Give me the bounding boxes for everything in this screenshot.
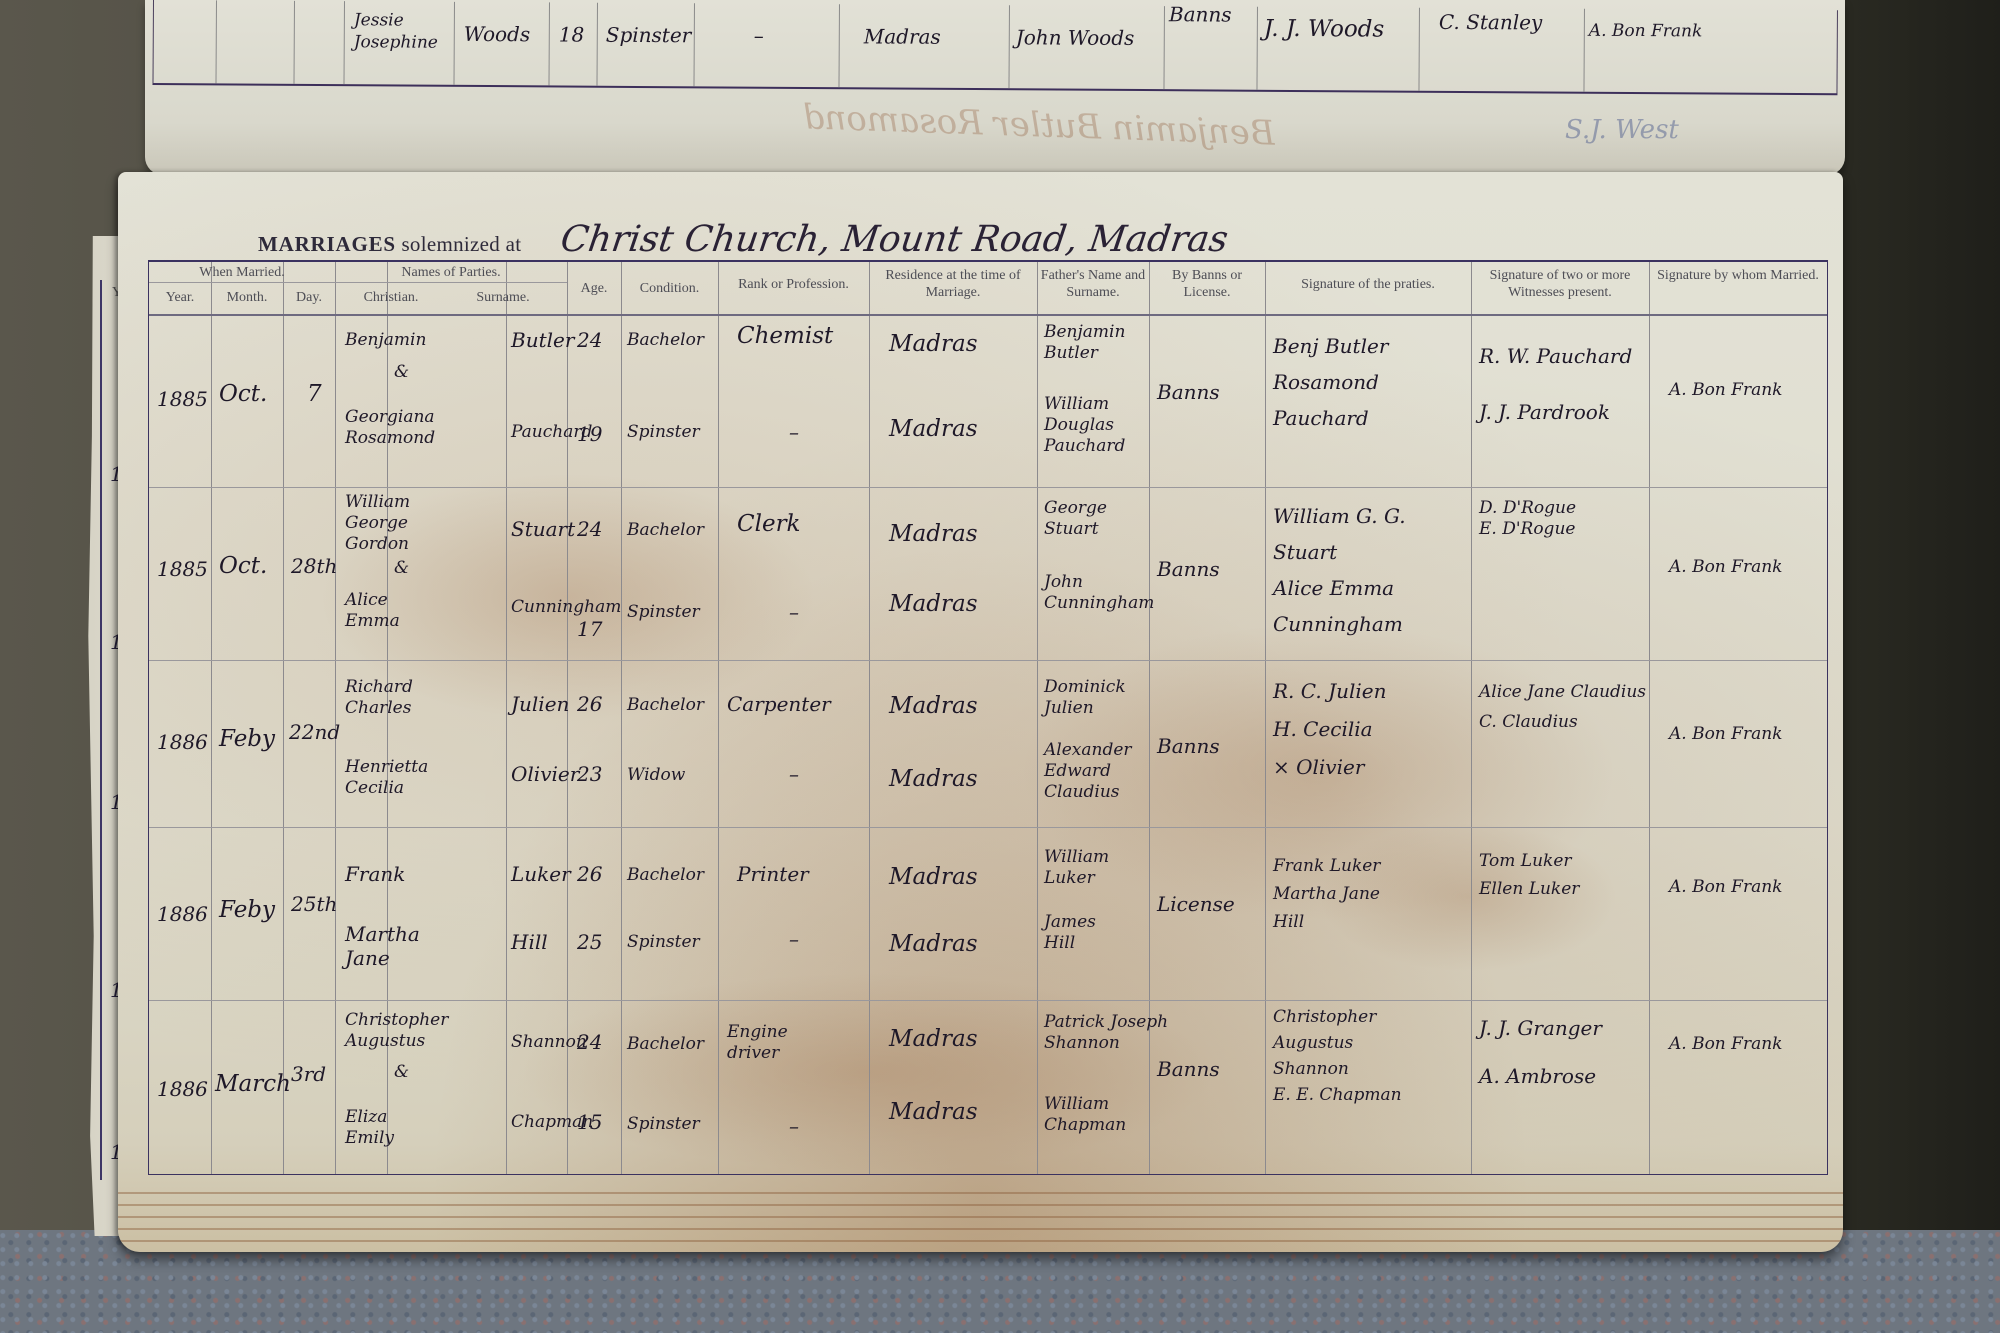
bride-rank: – [789, 420, 799, 444]
groom-rank: Carpenter [727, 692, 831, 716]
sig-married-by: A. Bon Frank [1669, 724, 1782, 745]
bride-christian: Georgiana Rosamond [345, 407, 435, 449]
groom-father: William Luker [1044, 847, 1109, 889]
header-father: Father's Name and Surname. [1037, 267, 1149, 301]
groom-condition: Bachelor [627, 1034, 704, 1055]
bride-condition: Spinster [627, 602, 700, 623]
entry-month: March [215, 1072, 291, 1096]
sig-witnesses: J. J. Granger A. Ambrose [1479, 1004, 1602, 1100]
sig-married-by: A. Bon Frank [1669, 1034, 1782, 1055]
banns-or-license: Banns [1157, 380, 1220, 404]
groom-christian: William George Gordon [345, 492, 410, 555]
groom-father: Dominick Julien [1044, 677, 1126, 719]
groom-age: 26 [577, 692, 602, 716]
heading-printed: MARRIAGES solemnized at [258, 232, 521, 257]
entry-year: 1885 [157, 387, 208, 411]
header-sig-married-by: Signature by whom Married. [1649, 267, 1827, 284]
prev-sig-parties: J. J. Woods [1264, 17, 1385, 42]
sig-witnesses: Alice Jane Claudius C. Claudius [1479, 677, 1646, 737]
banns-or-license: Banns [1157, 557, 1220, 581]
register-page: MARRIAGES solemnized at Christ Church, M… [118, 172, 1843, 1252]
page-heading: MARRIAGES solemnized at Christ Church, M… [258, 219, 1228, 260]
groom-age: 24 [577, 328, 602, 352]
groom-surname: Julien [511, 692, 569, 716]
connector: & [394, 558, 409, 579]
groom-condition: Bachelor [627, 865, 704, 886]
header-residence: Residence at the time of Marriage. [869, 267, 1037, 301]
entry-day: 7 [307, 382, 322, 406]
previous-register-page: Jessie Josephine Woods 18 Spinster – Mad… [145, 0, 1845, 175]
heading-church-name: Christ Church, Mount Road, Madras [559, 219, 1231, 260]
ink-bleed-through: Benjamin Butler Rosamond [774, 96, 1275, 153]
entry-year: 1886 [157, 730, 208, 754]
marriage-register-table: When Married. Names of Parties. Year. Mo… [148, 260, 1828, 1175]
header-month: Month. [211, 289, 283, 306]
sig-parties: Frank Luker Martha Jane Hill [1273, 852, 1380, 936]
groom-rank: Engine driver [727, 1022, 788, 1064]
prev-residence: Madras [864, 24, 941, 48]
groom-residence: Madras [889, 1027, 978, 1051]
header-age: Age. [567, 280, 621, 297]
sig-married-by: A. Bon Frank [1669, 557, 1782, 578]
bride-condition: Spinster [627, 1114, 700, 1135]
prev-sig-witnesses: C. Stanley [1439, 10, 1543, 35]
prev-rank: – [754, 24, 764, 48]
entry-year: 1886 [157, 1077, 208, 1101]
prev-condition: Spinster [606, 23, 692, 48]
groom-age: 26 [577, 862, 602, 886]
groom-age: 24 [577, 1030, 602, 1054]
bride-condition: Spinster [627, 422, 700, 443]
groom-father: Benjamin Butler [1044, 322, 1125, 364]
groom-residence: Madras [889, 522, 978, 546]
header-christian: Christian. [335, 289, 447, 306]
groom-residence: Madras [889, 694, 978, 718]
header-condition: Condition. [621, 280, 718, 297]
header-names-of-parties: Names of Parties. [335, 264, 567, 281]
bride-christian: Henrietta Cecilia [345, 757, 428, 799]
bride-age: 25 [577, 930, 602, 954]
entry-day: 22nd [289, 720, 340, 744]
bride-surname: Olivier [511, 762, 579, 786]
bride-father: William Douglas Pauchard [1044, 394, 1125, 457]
worn-page-edges [118, 1182, 1843, 1252]
bride-father: James Hill [1044, 912, 1096, 954]
prev-age: 18 [559, 22, 585, 46]
header-day: Day. [283, 289, 335, 306]
groom-rank: Clerk [737, 512, 801, 536]
bride-christian: Martha Jane [345, 922, 420, 970]
entry-year: 1886 [157, 902, 208, 926]
sig-parties: Christopher Augustus Shannon E. E. Chapm… [1273, 1004, 1402, 1108]
entry-day: 25th [291, 892, 337, 916]
groom-residence: Madras [889, 332, 978, 356]
header-banns: By Banns or License. [1149, 267, 1265, 301]
entry-day: 3rd [291, 1062, 326, 1086]
pencil-note: S.J. West [1565, 115, 1679, 145]
banns-or-license: Banns [1157, 734, 1220, 758]
bride-age: 19 [577, 422, 602, 446]
groom-father: Patrick Joseph Shannon [1044, 1012, 1168, 1054]
bride-residence: Madras [889, 932, 978, 956]
previous-entry-grid: Jessie Josephine Woods 18 Spinster – Mad… [152, 0, 1837, 95]
bride-age: 23 [577, 762, 602, 786]
header-when-married: When Married. [149, 264, 335, 281]
banns-or-license: License [1157, 892, 1235, 916]
desk-shadow [1840, 0, 2000, 1240]
groom-residence: Madras [889, 865, 978, 889]
bride-residence: Madras [889, 767, 978, 791]
entry-year: 1885 [157, 557, 208, 581]
bride-age: 15 [577, 1110, 602, 1134]
bride-condition: Widow [627, 765, 685, 786]
header-surname: Surname. [439, 289, 567, 306]
bride-christian: Alice Emma [345, 590, 400, 632]
sig-witnesses: R. W. Pauchard J. J. Pardrook [1479, 328, 1632, 440]
entry-month: Feby [219, 898, 275, 922]
entry-month: Oct. [219, 554, 267, 578]
groom-father: George Stuart [1044, 498, 1107, 540]
bride-age: 17 [577, 617, 602, 641]
entry-month: Feby [219, 727, 275, 751]
prev-surname: Woods [464, 22, 531, 46]
groom-surname: Butler [511, 328, 574, 352]
bride-condition: Spinster [627, 932, 700, 953]
bride-residence: Madras [889, 592, 978, 616]
groom-age: 24 [577, 517, 602, 541]
header-sig-parties: Signature of the praties. [1265, 276, 1471, 293]
groom-surname: Shannon [511, 1032, 587, 1053]
prev-banns: Banns [1169, 2, 1232, 26]
groom-christian: Christopher Augustus [345, 1010, 448, 1052]
prev-father: John Woods [1016, 25, 1135, 50]
groom-christian: Richard Charles [345, 677, 413, 719]
connector: & [394, 362, 409, 383]
bride-residence: Madras [889, 417, 978, 441]
groom-christian: Benjamin [345, 330, 426, 351]
prev-christian: Jessie Josephine [354, 9, 438, 54]
tucked-page-rule [100, 280, 102, 1180]
prev-sig-married-by: A. Bon Frank [1589, 21, 1703, 43]
groom-surname: Stuart [511, 517, 575, 541]
entry-day: 28th [291, 554, 337, 578]
connector: & [394, 1062, 409, 1083]
groom-rank: Printer [737, 862, 809, 886]
sig-witnesses: Tom Luker Ellen Luker [1479, 847, 1579, 903]
sig-married-by: A. Bon Frank [1669, 877, 1782, 898]
header-sig-witnesses: Signature of two or more Witnesses prese… [1471, 267, 1649, 301]
sig-married-by: A. Bon Frank [1669, 380, 1782, 401]
sig-witnesses: D. D'Rogue E. D'Rogue [1479, 498, 1576, 540]
groom-rank: Chemist [737, 324, 833, 348]
banns-or-license: Banns [1157, 1057, 1220, 1081]
bride-rank: – [789, 600, 799, 624]
bride-father: John Cunningham [1044, 572, 1154, 614]
header-rank: Rank or Profession. [718, 276, 869, 293]
bride-residence: Madras [889, 1100, 978, 1124]
bride-rank: – [789, 762, 799, 786]
bride-rank: – [789, 927, 799, 951]
groom-condition: Bachelor [627, 695, 704, 716]
bride-father: William Chapman [1044, 1094, 1126, 1136]
bride-surname: Hill [511, 930, 548, 954]
groom-christian: Frank [345, 862, 405, 886]
groom-surname: Luker [511, 862, 571, 886]
sig-parties: R. C. Julien H. Cecilia × Olivier [1273, 672, 1387, 786]
entry-month: Oct. [219, 382, 267, 406]
sig-parties: Benj Butler Rosamond Pauchard [1273, 328, 1388, 436]
bride-christian: Eliza Emily [345, 1107, 394, 1149]
sig-parties: William G. G. Stuart Alice Emma Cunningh… [1273, 498, 1406, 642]
groom-condition: Bachelor [627, 520, 704, 541]
groom-condition: Bachelor [627, 330, 704, 351]
bride-surname: Cunningham [511, 597, 621, 618]
header-year: Year. [149, 289, 211, 306]
bride-rank: – [789, 1114, 799, 1138]
bride-father: Alexander Edward Claudius [1044, 740, 1132, 803]
